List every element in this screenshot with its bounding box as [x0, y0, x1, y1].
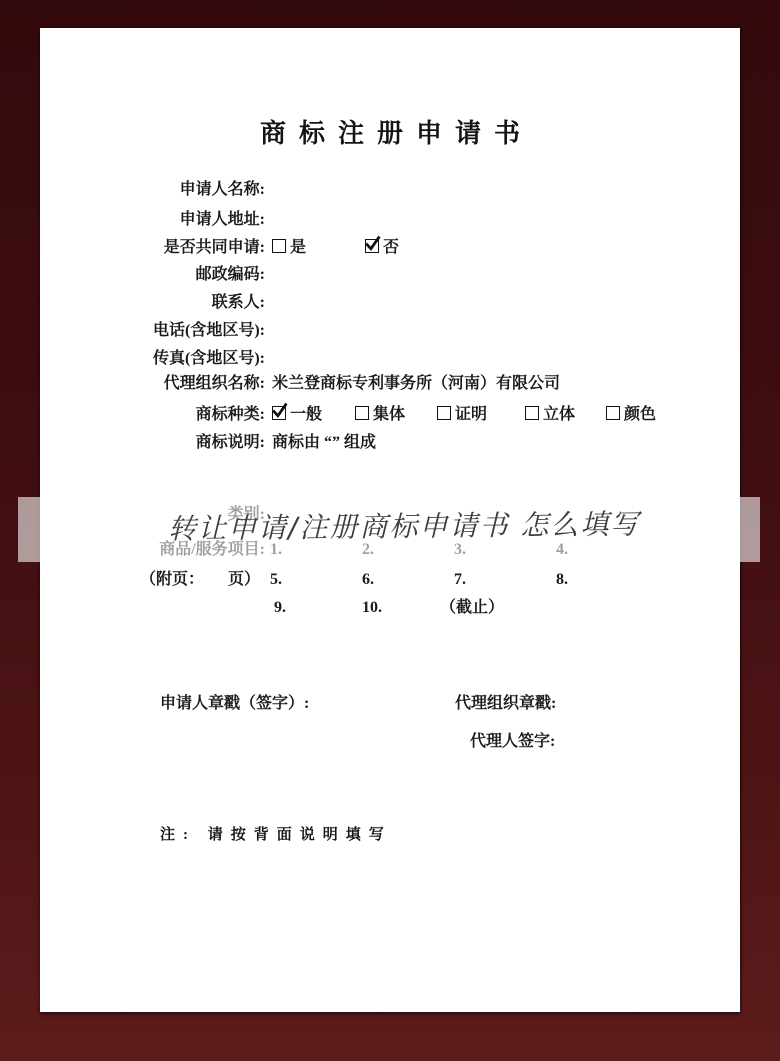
- watermark-band: 转让申请/注册商标申请书 怎么填写: [18, 497, 760, 562]
- footnote: 注: 请按背面说明填写: [160, 823, 392, 844]
- checkbox-icon: [272, 239, 286, 253]
- checkbox-option-certification: 证明: [437, 405, 487, 425]
- field-label: 申请人地址:: [100, 210, 265, 230]
- checkbox-label: 证明: [455, 406, 487, 423]
- checkbox-icon: [606, 406, 620, 420]
- end-mark: （截止）: [440, 598, 504, 618]
- field-label: 代理组织名称:: [100, 374, 265, 394]
- field-trademark-type: 商标种类: 一般 集体 证明 立体 颜色: [40, 405, 740, 427]
- field-postal-code: 邮政编码:: [40, 265, 740, 287]
- checkbox-icon: [525, 406, 539, 420]
- agent-signature-label: 代理人签字:: [470, 728, 555, 751]
- checkbox-label: 集体: [373, 406, 405, 423]
- field-label: 联系人:: [100, 293, 265, 313]
- checkbox-option-general: 一般: [272, 405, 322, 425]
- checkbox-icon: [355, 406, 369, 420]
- checkbox-option-color: 颜色: [606, 405, 656, 425]
- item-number: 9.: [274, 598, 286, 618]
- field-trademark-description: 商标说明: 商标由 “” 组成: [40, 433, 740, 455]
- field-value: 米兰登商标专利事务所（河南）有限公司: [272, 374, 560, 394]
- checkbox-icon: [272, 406, 286, 420]
- checkbox-label: 立体: [543, 406, 575, 423]
- field-fax: 传真(含地区号):: [40, 349, 740, 371]
- field-label: 传真(含地区号):: [100, 349, 265, 369]
- field-joint-application: 是否共同申请: 是 否: [40, 238, 740, 260]
- field-phone: 电话(含地区号):: [40, 321, 740, 343]
- checkmark-icon: [271, 402, 288, 419]
- field-contact-person: 联系人:: [40, 293, 740, 315]
- checkbox-option-collective: 集体: [355, 405, 405, 425]
- applicant-seal-label: 申请人章戳（签字）:: [160, 690, 309, 713]
- checkbox-icon: [437, 406, 451, 420]
- item-number: 5.: [270, 570, 282, 590]
- item-number: 10.: [362, 598, 382, 618]
- item-number: 7.: [454, 570, 466, 590]
- checkbox-option-yes: 是: [272, 238, 306, 258]
- checkbox-label: 否: [383, 239, 399, 256]
- field-value: 商标由 “” 组成: [272, 433, 376, 453]
- checkbox-label: 是: [290, 239, 306, 256]
- field-agency-name: 代理组织名称: 米兰登商标专利事务所（河南）有限公司: [40, 374, 740, 396]
- field-label: 申请人名称:: [100, 180, 265, 200]
- item-number: 8.: [556, 570, 568, 590]
- field-label: 商标种类:: [100, 405, 265, 425]
- appendix-label: （附页： 页）: [140, 570, 260, 590]
- watermark-text: 转让申请/注册商标申请书 怎么填写: [168, 503, 641, 548]
- checkmark-icon: [364, 235, 381, 252]
- checkbox-icon: [365, 239, 379, 253]
- agency-seal-label: 代理组织章戳:: [455, 690, 556, 713]
- field-label: 邮政编码:: [100, 265, 265, 285]
- checkbox-label: 颜色: [624, 406, 656, 423]
- field-label: 电话(含地区号):: [100, 321, 265, 341]
- field-applicant-name: 申请人名称:: [40, 180, 740, 202]
- checkbox-label: 一般: [290, 406, 322, 423]
- field-items-row2: 9. 10. （截止）: [40, 598, 740, 620]
- checkbox-option-3d: 立体: [525, 405, 575, 425]
- checkbox-option-no: 否: [365, 238, 399, 258]
- field-appendix-row: （附页： 页） 5. 6. 7. 8.: [40, 570, 740, 592]
- field-label: 是否共同申请:: [100, 238, 265, 258]
- field-label: 商标说明:: [100, 433, 265, 453]
- item-number: 6.: [362, 570, 374, 590]
- field-applicant-address: 申请人地址:: [40, 210, 740, 232]
- document-title: 商标注册申请书: [40, 113, 740, 150]
